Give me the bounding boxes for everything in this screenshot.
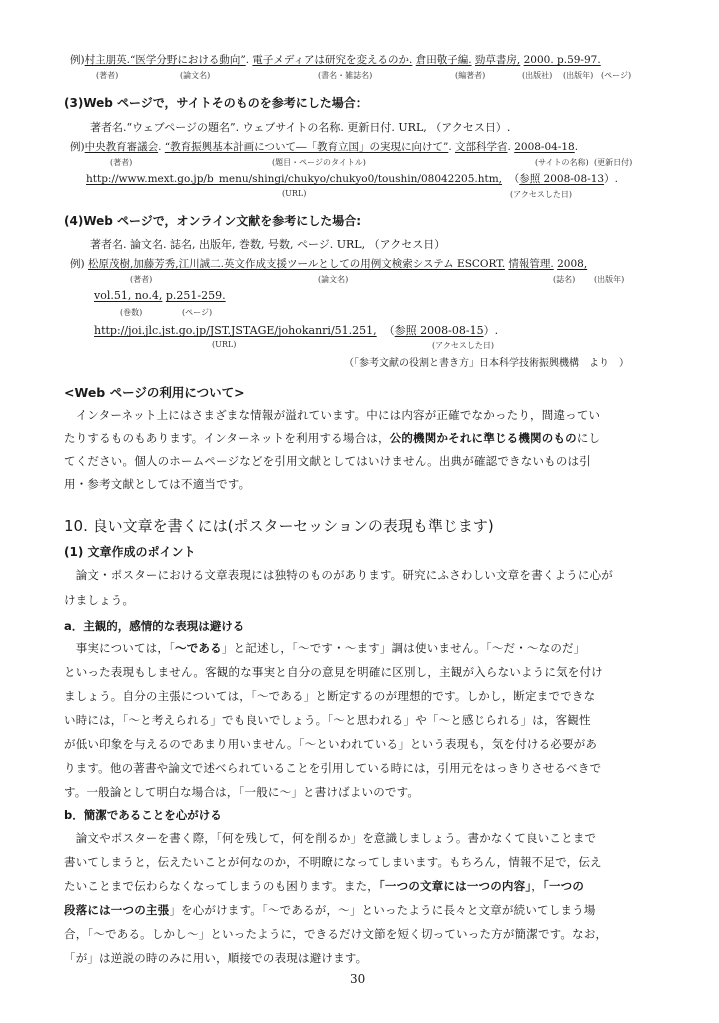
text: てください。個人のホームページなどを引用文献としてはいけません。出典が確認できな… — [64, 454, 591, 468]
label-url: (URL) — [212, 340, 236, 349]
text: 事実については，「 — [64, 641, 175, 655]
emphasis-text: 「一つの — [543, 879, 584, 893]
label-pages: (ページ) — [601, 70, 631, 81]
section-3-format: 著者名.“ウェブページの題名”. ウェブサイトの名称. 更新日付. URL, （… — [90, 119, 510, 135]
text: インターネット上にはさまざまな情報が溢れています。中には内容が正確でなかったり，… — [64, 408, 600, 422]
paragraph-line: たりするものもあります。インターネットを利用する場合は，公的機関かそれに準じる機… — [64, 430, 600, 446]
source-attribution: （「参考文献の役割と書き方」日本科学技術振興機構 より ） — [344, 354, 629, 369]
example-website-url-line: http://www.mext.go.jp/b_menu/shingi/chuk… — [86, 171, 618, 186]
paragraph-line: ります。他の著書や論文で述べられていることを引用している時には，引用元をはっきり… — [64, 760, 601, 776]
label-url: (URL) — [282, 189, 306, 198]
page-number: 30 — [350, 972, 365, 986]
cite-pages: p.251-259. — [166, 289, 226, 302]
emphasis-text: 公的機関かそれに準じる機関のもの — [390, 431, 577, 445]
cite-title: 英文作成支援ツールとしての用例文検索システム ESCORT. — [224, 258, 505, 270]
paragraph-line: い時には，「～と考えられる」でも良いでしょう。「～と思われる」や「～と感じられる… — [64, 712, 591, 728]
separator: . — [246, 54, 249, 66]
cite-journal: 情報管理. — [508, 258, 553, 270]
text: 」を心がけます。「～であるが，～」といったように長々と文章が続いてしまう場 — [169, 903, 595, 917]
section-3-heading: (3)Web ページで，サイトそのものを参考にした場合： — [64, 94, 368, 111]
label-access: (アクセスした日) — [432, 340, 494, 351]
separator: . — [575, 141, 578, 153]
separator: . — [508, 141, 511, 153]
cite-access-date: 参照 2008-08-15 — [395, 324, 484, 337]
separator: . — [158, 141, 161, 153]
paragraph-line: 論文・ポスターにおける文章表現には独特のものがあります。研究にふさわしい文章を書… — [64, 567, 613, 583]
label-date: (更新日付) — [594, 157, 632, 168]
web-usage-heading: <Web ページの利用について> — [64, 383, 245, 401]
section-10-title: 10. 良い文章を書くには(ポスターセッションの表現も準じます) — [64, 515, 494, 536]
paragraph-line: 「が」は逆説の時のみに用い，順接での表現は避けます。 — [64, 950, 367, 966]
example-online-url-line: http://joi.jlc.jst.go.jp/JST.JSTAGE/joho… — [94, 322, 498, 338]
label-title: (題目・ページのタイトル) — [272, 157, 366, 168]
text: たりするものもあります。インターネットを利用する場合は， — [64, 431, 390, 445]
cite-author: 松原茂樹,加藤芳秀,江川誠二. — [88, 258, 224, 270]
paragraph-line: 論文やポスターを書く際，「何を残して，何を削るか」を意識しましょう。書かなくて良… — [64, 830, 596, 846]
label-publisher: (出版社) — [522, 70, 552, 81]
example-online-article-citation: 例) 松原茂樹,加藤芳秀,江川誠二.英文作成支援ツールとしての用例文検索システム… — [70, 256, 587, 271]
label-author: (著者) — [96, 70, 118, 81]
text: ， — [531, 879, 543, 893]
example-prefix: 例) — [70, 54, 85, 66]
label-author: (著者) — [130, 274, 152, 285]
paragraph-line: が低い印象を与えるのであまり用いません。「～といわれている」という表現も，気を付… — [64, 736, 597, 752]
paragraph-line: たいことまで伝わらなくなってしまうのも困ります。また，「一つの文章には一つの内容… — [64, 878, 584, 894]
cite-publisher: 勁草書房, — [475, 54, 520, 66]
cite-volume-number: vol.51, no.4, — [94, 289, 162, 302]
paren-open: （ — [509, 173, 520, 185]
label-site: (サイトの名称) — [535, 157, 589, 168]
emphasis-text: 「一つの文章には一つの内容」 — [379, 879, 531, 893]
paren-open: （ — [384, 324, 395, 337]
text: 用・参考文献としては不適当です。 — [64, 477, 250, 491]
cite-site: 文部科学省 — [455, 141, 508, 153]
label-volume: (巻数) — [120, 307, 142, 318]
text: たいことまで伝わらなくなってしまうのも困ります。また， — [64, 879, 379, 893]
paragraph-line: 事実については，「～である」と記述し，「～です・～ます」調は使いません。「～だ・… — [64, 640, 585, 656]
paragraph-line: インターネット上にはさまざまな情報が溢れています。中には内容が正確でなかったり，… — [64, 407, 600, 423]
paragraph-line: けましょう。 — [64, 592, 134, 608]
cite-date: 2008-04-18 — [514, 141, 575, 153]
label-year: (出版年) — [594, 274, 624, 285]
paragraph-line: 用・参考文献としては不適当です。 — [64, 476, 250, 492]
cite-url: http://www.mext.go.jp/b_menu/shingi/chuk… — [86, 173, 502, 185]
example-website-citation: 例)中央教育審議会. “教育振興基本計画について―「教育立国」の実現に向けて”.… — [70, 139, 578, 154]
cite-editor: 倉田敬子編. — [416, 54, 472, 66]
cite-author: 村主朋英. — [85, 54, 130, 66]
label-title: (論文名) — [318, 274, 348, 285]
point-b-heading: b．簡潔であることを心がける — [64, 807, 222, 823]
text: 」と記述し，「～です・～ます」調は使いません。「～だ・～なのだ」 — [222, 641, 586, 655]
paragraph-line: ましょう。自分の主張については，「～である」と断定するのが理想的です。しかし，断… — [64, 688, 595, 704]
paragraph-line: といった表現もしません。客観的な事実と自分の意見を明確に区別し，主観が入らないよ… — [64, 664, 603, 680]
cite-author: 中央教育審議会 — [85, 141, 159, 153]
label-pages: (ページ) — [182, 307, 212, 318]
cite-url: http://joi.jlc.jst.go.jp/JST.JSTAGE/joho… — [94, 324, 377, 337]
label-book: (書名・雑誌名) — [318, 70, 372, 81]
paragraph-line: す。一般論として明白な場合は，「一般に～」と書けばよいのです。 — [64, 784, 419, 800]
emphasis-text: 段落には一つの主張 — [64, 903, 169, 917]
example-online-vol-line: vol.51, no.4, p.251-259. — [94, 289, 226, 302]
subsection-1-title: (1) 文章作成のポイント — [64, 543, 196, 560]
example-prefix: 例) — [70, 258, 85, 270]
cite-year: 2008, — [557, 258, 587, 270]
example-prefix: 例) — [70, 141, 85, 153]
paren-close: ）. — [484, 324, 499, 337]
label-journal: (誌名) — [553, 274, 575, 285]
text: にし — [577, 431, 600, 445]
label-author: (著者) — [110, 157, 132, 168]
point-a-heading: a．主観的，感情的な表現は避ける — [64, 618, 244, 634]
label-year: (出版年) — [563, 70, 593, 81]
paragraph-line: 合，「～である。しかし～」といったように，できるだけ文節を短く切っていった方が簡… — [64, 926, 607, 942]
cite-title: “教育振興基本計画について―「教育立国」の実現に向けて” — [165, 141, 449, 153]
example-book-citation: 例)村主朋英.“医学分野における動向”. 電子メディアは研究を変えるのか. 倉田… — [70, 52, 601, 67]
label-editor: (編著者) — [455, 70, 485, 81]
cite-book: 電子メディアは研究を変えるのか. — [252, 54, 412, 66]
paragraph-line: てください。個人のホームページなどを引用文献としてはいけません。出典が確認できな… — [64, 453, 591, 469]
section-4-format: 著者名. 論文名. 誌名, 出版年, 巻数, 号数, ページ. URL, （アク… — [90, 236, 445, 252]
paren-close: ）. — [604, 173, 618, 185]
paragraph-line: 段落には一つの主張」を心がけます。「～であるが，～」といったように長々と文章が続… — [64, 902, 596, 918]
separator: . — [448, 141, 451, 153]
label-title: (論文名) — [180, 70, 210, 81]
paragraph-line: 書いてしまうと，伝えたいことが何なのか，不明瞭になってしまいます。もちろん，情報… — [64, 854, 602, 870]
emphasis-text: ～である — [175, 641, 222, 655]
label-access: (アクセスした日) — [510, 189, 572, 200]
section-4-heading: (4)Web ページで，オンライン文献を参考にした場合: — [64, 212, 361, 229]
cite-year-pages: 2000. p.59-97. — [524, 54, 601, 66]
cite-access-date: 参照 2008-08-13 — [519, 173, 604, 185]
cite-title: “医学分野における動向” — [130, 54, 246, 66]
